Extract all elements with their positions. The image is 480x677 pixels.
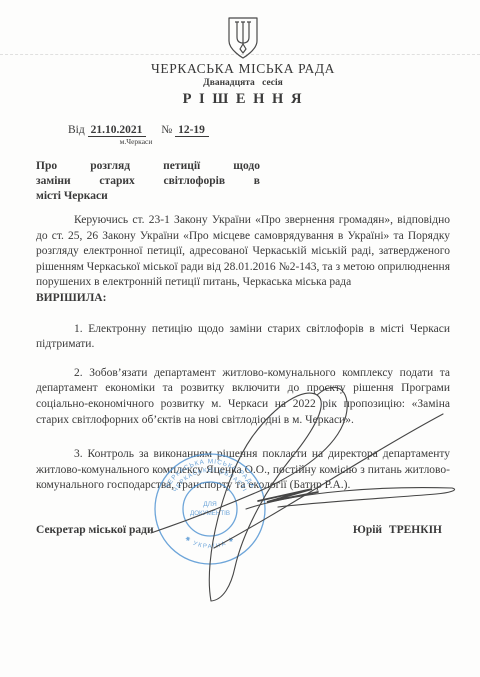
date-label: Від bbox=[68, 124, 85, 136]
scan-artifact-line bbox=[0, 54, 480, 55]
resolution-item-1: 1. Електронну петицію щодо заміни старих… bbox=[36, 322, 450, 353]
preamble-paragraph: Керуючись ст. 23-1 Закону України «Про з… bbox=[36, 213, 450, 291]
official-round-stamp: ЧЕРКАСЬКА МІСЬКА РАДА ЧЕРКАСЬКОЇ ОБЛАСТІ… bbox=[151, 450, 269, 568]
stamp-center-line1: ДЛЯ bbox=[203, 501, 217, 508]
resolved-label: ВИРІШИЛА: bbox=[36, 291, 450, 307]
subject-block: Про розгляд петиції щодо заміни старих с… bbox=[36, 159, 260, 204]
subject-line: Про розгляд петиції щодо bbox=[36, 159, 260, 174]
org-name: ЧЕРКАСЬКА МІСЬКА РАДА bbox=[36, 61, 450, 77]
number-value: 12-19 bbox=[175, 124, 209, 137]
stamp-bottom-text: ✱ УКРАЇНА ✱ bbox=[183, 535, 236, 550]
date-value: 21.10.2021 bbox=[88, 124, 147, 137]
subject-line: заміни старих світлофорів в bbox=[36, 174, 260, 189]
session-title: Дванадцята сесія bbox=[36, 78, 450, 88]
number-label: № bbox=[161, 124, 172, 136]
document-type-title: Р І Ш Е Н Н Я bbox=[36, 91, 450, 108]
signer-name: Юрій ТРЕНКІН bbox=[353, 524, 442, 536]
svg-text:✱ УКРАЇНА ✱: ✱ УКРАЇНА ✱ bbox=[183, 535, 236, 550]
city-label: м.Черкаси bbox=[94, 137, 178, 146]
ukraine-trident-shield-icon bbox=[227, 17, 259, 59]
subject-line: місті Черкаси bbox=[36, 189, 260, 204]
signer-title: Секретар міської ради bbox=[36, 524, 154, 536]
document-page: ЧЕРКАСЬКА МІСЬКА РАДА Дванадцята сесія Р… bbox=[0, 0, 480, 677]
dateline: Від 21.10.2021 № 12-19 bbox=[68, 124, 450, 136]
stamp-center-line2: ДОКУМЕНТІВ bbox=[190, 510, 230, 517]
resolution-item-2: 2. Зобов’язати департамент житлово-комун… bbox=[36, 366, 450, 428]
